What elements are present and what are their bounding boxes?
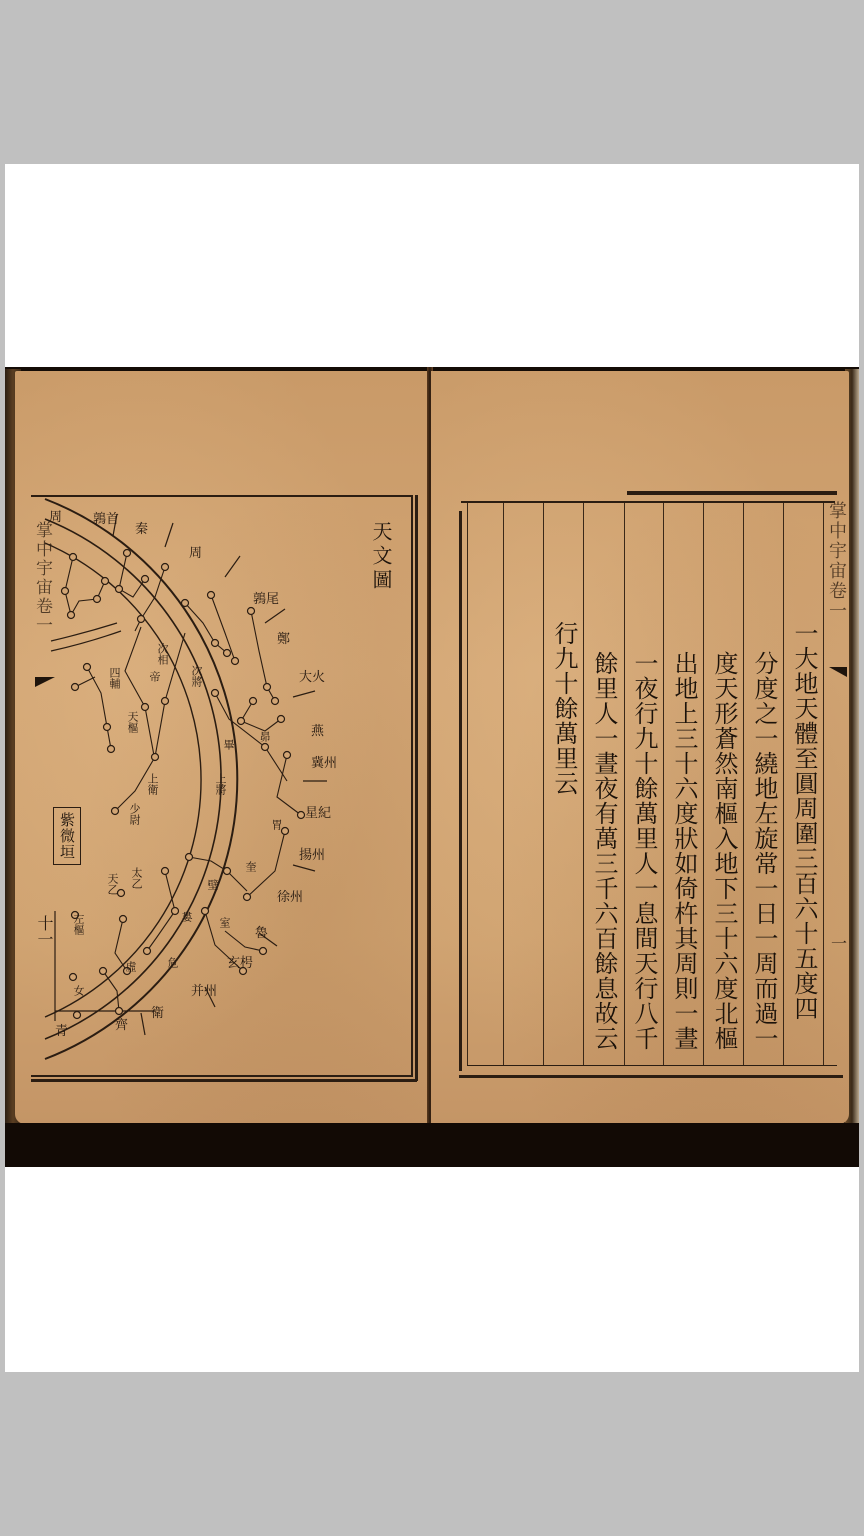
- right-page-border-left: [459, 511, 462, 1071]
- ring-label: 徐州: [277, 891, 303, 904]
- ring-label: 周: [49, 511, 62, 524]
- ring-label: 冀州: [311, 757, 337, 770]
- column-rule: [543, 503, 544, 1065]
- ring-label: 并州: [191, 985, 217, 998]
- text-column-5: 一夜行九十餘萬里人一息間天行八千: [627, 651, 661, 1051]
- right-page-border-top-thick: [627, 491, 837, 495]
- book-photo: 掌中宇宙卷一 十一 天文圖: [5, 367, 859, 1167]
- text-column-7: 行九十餘萬里云: [547, 621, 581, 796]
- star-label: 次將: [191, 665, 202, 687]
- text-column-6: 餘里人一晝夜有萬三千六百餘息故云: [587, 651, 621, 1051]
- star-label: 室: [219, 917, 230, 928]
- column-rule: [467, 503, 468, 1065]
- ring-label: 鶉首: [93, 513, 119, 526]
- column-rule: [743, 503, 744, 1065]
- right-page-border-bottom-inner: [467, 1065, 837, 1066]
- star-label: 虛: [125, 961, 136, 972]
- ring-label: 魯: [255, 927, 268, 940]
- star-label: 天樞: [127, 711, 138, 733]
- star-label: 昴: [259, 731, 270, 742]
- star-label: 胃: [271, 819, 282, 830]
- ring-label: 揚州: [299, 849, 325, 862]
- column-rule: [663, 503, 664, 1065]
- ring-label: 鄭: [277, 633, 290, 646]
- column-rule: [703, 503, 704, 1065]
- star-label: 太乙: [131, 867, 142, 889]
- right-folio: 一: [831, 931, 847, 954]
- ring-label: 燕: [311, 725, 324, 738]
- ring-label: 周: [189, 547, 202, 560]
- ring-label: 玄枵: [227, 957, 253, 970]
- ziwei-enclosure-label: 紫微垣: [53, 807, 81, 865]
- right-margin-title: 掌中宇宙卷一: [827, 501, 849, 621]
- star-label: 上衛: [147, 773, 158, 795]
- ring-label: 大火: [299, 671, 325, 684]
- star-label: 左樞: [73, 913, 84, 935]
- text-column-2: 分度之一繞地左旋常一日一周而過一: [747, 651, 781, 1051]
- fishtail-mark-icon: [829, 667, 847, 677]
- star-label: 上將: [215, 773, 226, 795]
- text-column-3: 度天形蒼然南樞入地下三十六度北樞: [707, 651, 741, 1051]
- star-label: 女: [73, 985, 84, 996]
- ring-label: 鶉尾: [253, 593, 279, 606]
- text-column-1: 一大地天體至圓周圍三百六十五度四: [787, 621, 821, 1021]
- star-label: 危: [167, 957, 178, 968]
- star-label: 次相: [157, 643, 168, 665]
- right-page-border-bottom: [459, 1075, 843, 1078]
- star-label: 帝: [149, 671, 160, 682]
- right-page: 一大地天體至圓周圍三百六十五度四 分度之一繞地左旋常一日一周而過一 度天形蒼然南…: [431, 371, 849, 1124]
- left-page: 掌中宇宙卷一 十一 天文圖: [15, 371, 429, 1124]
- star-label: 畢: [223, 739, 234, 750]
- column-rule: [624, 503, 625, 1065]
- column-rule: [583, 503, 584, 1065]
- star-label: 天乙: [107, 873, 118, 895]
- star-label: 少尉: [129, 803, 140, 825]
- star-label: 奎: [245, 861, 256, 872]
- ring-label: 青: [55, 1025, 68, 1038]
- book-shadow: [5, 1123, 859, 1167]
- ring-label: 星紀: [305, 807, 331, 820]
- star-label: 壁: [207, 879, 218, 890]
- text-column-4: 出地上三十六度狀如倚杵其周則一晝: [667, 651, 701, 1051]
- ring-label: 齊: [115, 1019, 128, 1032]
- star-label: 婁: [181, 911, 192, 922]
- ring-label: 衛: [151, 1007, 164, 1020]
- ring-label: 秦: [135, 523, 148, 536]
- column-rule: [783, 503, 784, 1065]
- star-label: 四輔: [109, 667, 120, 689]
- column-rule: [503, 503, 504, 1065]
